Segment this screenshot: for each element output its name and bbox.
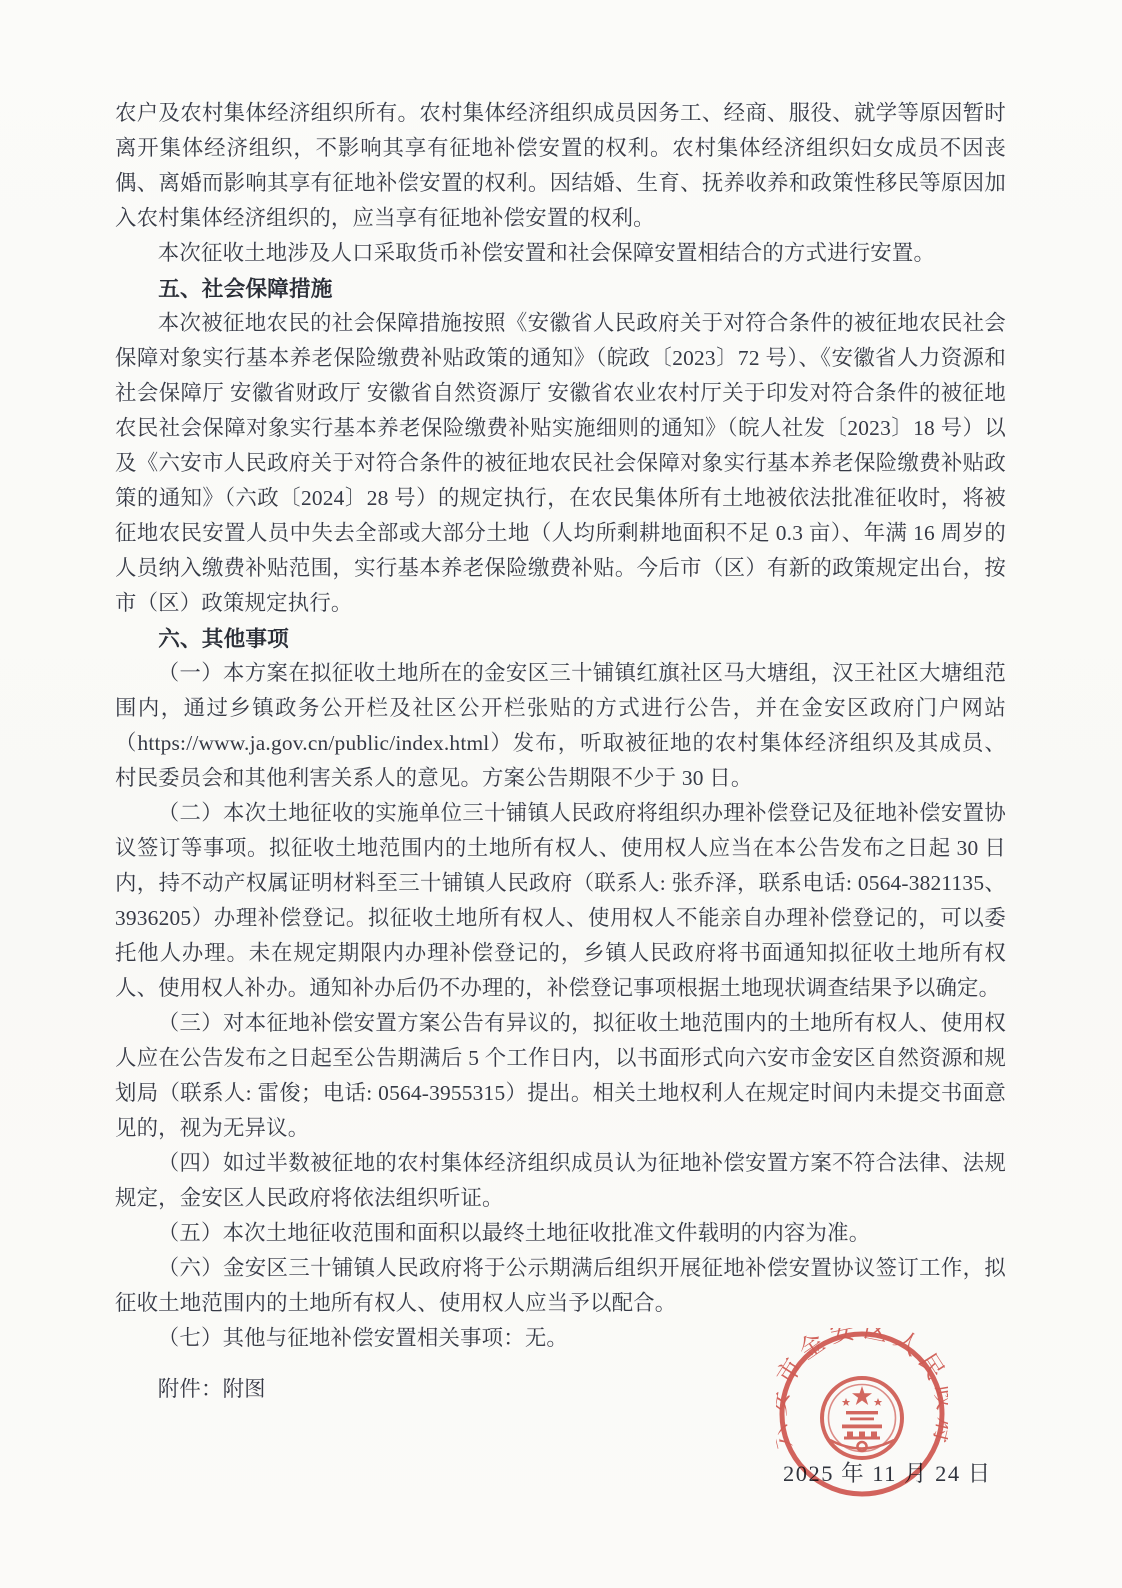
paragraph-resettlement: 本次征收土地涉及人口采取货币补偿安置和社会保障安置相结合的方式进行安置。 [115, 236, 1006, 271]
section-heading-other-matters: 六、其他事项 [115, 621, 1006, 656]
issue-date: 2025 年 11 月 24 日 [783, 1456, 992, 1488]
paragraph-item-2: （二）本次土地征收的实施单位三十铺镇人民政府将组织办理补偿登记及征地补偿安置协议… [115, 796, 1006, 1006]
paragraph-continued: 农户及农村集体经济组织所有。农村集体经济组织成员因务工、经商、服役、就学等原因暂… [115, 96, 1006, 236]
attachment-line: 附件：附图 [115, 1372, 1006, 1407]
paragraph-item-4: （四）如过半数被征地的农村集体经济组织成员认为征地补偿安置方案不符合法律、法规规… [115, 1146, 1006, 1216]
paragraph-item-7: （七）其他与征地补偿安置相关事项：无。 [115, 1321, 1006, 1356]
paragraph-item-3: （三）对本征地补偿安置方案公告有异议的，拟征收土地范围内的土地所有权人、使用权人… [115, 1006, 1006, 1146]
paragraph-item-5: （五）本次土地征收范围和面积以最终土地征收批准文件载明的内容为准。 [115, 1216, 1006, 1251]
paragraph-social-security: 本次被征地农民的社会保障措施按照《安徽省人民政府关于对符合条件的被征地农民社会保… [115, 306, 1006, 621]
paragraph-item-1: （一）本方案在拟征收土地所在的金安区三十铺镇红旗社区马大塘组，汉王社区大塘组范围… [115, 656, 1006, 796]
paragraph-item-6: （六）金安区三十铺镇人民政府将于公示期满后组织开展征地补偿安置协议签订工作，拟征… [115, 1251, 1006, 1321]
document-page: 农户及农村集体经济组织所有。农村集体经济组织成员因务工、经商、服役、就学等原因暂… [0, 0, 1122, 1588]
document-body: 农户及农村集体经济组织所有。农村集体经济组织成员因务工、经商、服役、就学等原因暂… [115, 96, 1006, 1407]
section-heading-social-security: 五、社会保障措施 [115, 271, 1006, 306]
